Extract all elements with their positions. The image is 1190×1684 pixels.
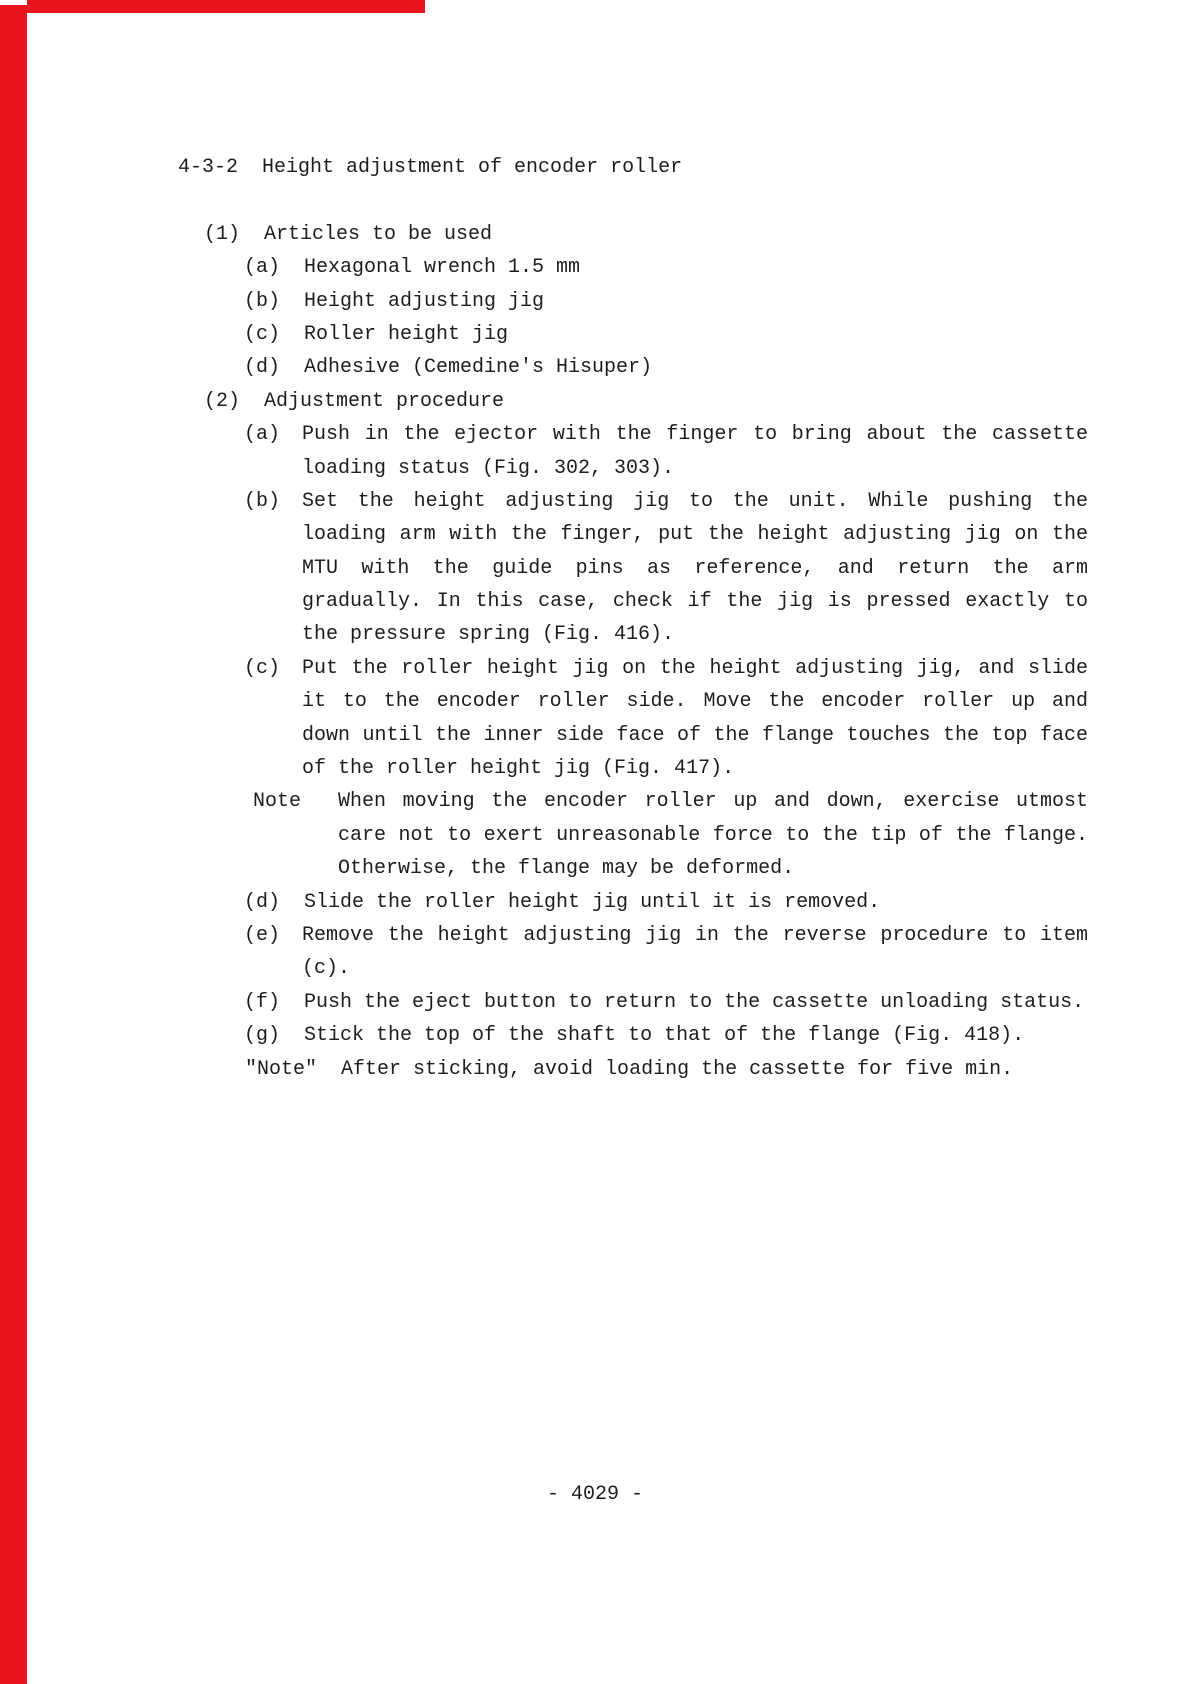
line-text: Put the roller height jig on the height … [302, 657, 1088, 680]
document-line-note: care not to exert unreasonable force to … [338, 819, 1088, 852]
document-line-body: (d) Slide the roller height jig until it… [244, 886, 1190, 919]
page-number: - 4029 - [0, 1478, 1190, 1511]
document-line-body: of the roller height jig (Fig. 417). [302, 752, 1190, 785]
document-line-body: (a)Push in the ejector with the finger t… [244, 418, 1088, 451]
document-line-list-item: (1) Articles to be used [204, 218, 1190, 251]
document-line-blank [0, 184, 1190, 217]
document-line-note: "Note" After sticking, avoid loading the… [245, 1053, 1190, 1086]
document-line-body: the pressure spring (Fig. 416). [302, 618, 1190, 651]
list-marker: (e) [244, 919, 302, 952]
document-line-heading: 4-3-2 Height adjustment of encoder rolle… [178, 151, 1190, 184]
list-marker: Note [253, 785, 338, 818]
document-line-list-item: (d) Adhesive (Cemedine's Hisuper) [244, 351, 1190, 384]
document-body: 4-3-2 Height adjustment of encoder rolle… [0, 151, 1190, 1086]
document-line-body: (f) Push the eject button to return to t… [244, 986, 1190, 1019]
line-text: When moving the encoder roller up and do… [338, 790, 1088, 813]
document-line-body: loading arm with the finger, put the hei… [302, 518, 1088, 551]
document-line-body: (e)Remove the height adjusting jig in th… [244, 919, 1088, 952]
document-line-list-item: (a) Hexagonal wrench 1.5 mm [244, 251, 1190, 284]
document-line-body: (g) Stick the top of the shaft to that o… [244, 1019, 1190, 1052]
scan-edge-top-bar [27, 0, 425, 13]
document-line-body: loading status (Fig. 302, 303). [302, 452, 1190, 485]
document-line-body: (c)Put the roller height jig on the heig… [244, 652, 1088, 685]
document-line-body: gradually. In this case, check if the ji… [302, 585, 1088, 618]
document-line-list-item: (b) Height adjusting jig [244, 285, 1190, 318]
list-marker: (c) [244, 652, 302, 685]
document-line-body: (b)Set the height adjusting jig to the u… [244, 485, 1088, 518]
line-text: Remove the height adjusting jig in the r… [302, 924, 1088, 947]
document-line-body: MTU with the guide pins as reference, an… [302, 552, 1088, 585]
document-line-list-item: (2) Adjustment procedure [204, 385, 1190, 418]
manual-page: 4-3-2 Height adjustment of encoder rolle… [0, 0, 1190, 1684]
line-text: Push in the ejector with the finger to b… [302, 423, 1088, 446]
document-line-body: it to the encoder roller side. Move the … [302, 685, 1088, 718]
document-line-list-item: (c) Roller height jig [244, 318, 1190, 351]
document-line-body: (c). [302, 952, 1190, 985]
line-text: Set the height adjusting jig to the unit… [302, 490, 1088, 513]
document-line-body: down until the inner side face of the fl… [302, 719, 1088, 752]
document-line-note: Otherwise, the flange may be deformed. [338, 852, 1190, 885]
list-marker: (b) [244, 485, 302, 518]
list-marker: (a) [244, 418, 302, 451]
document-line-note: NoteWhen moving the encoder roller up an… [253, 785, 1088, 818]
